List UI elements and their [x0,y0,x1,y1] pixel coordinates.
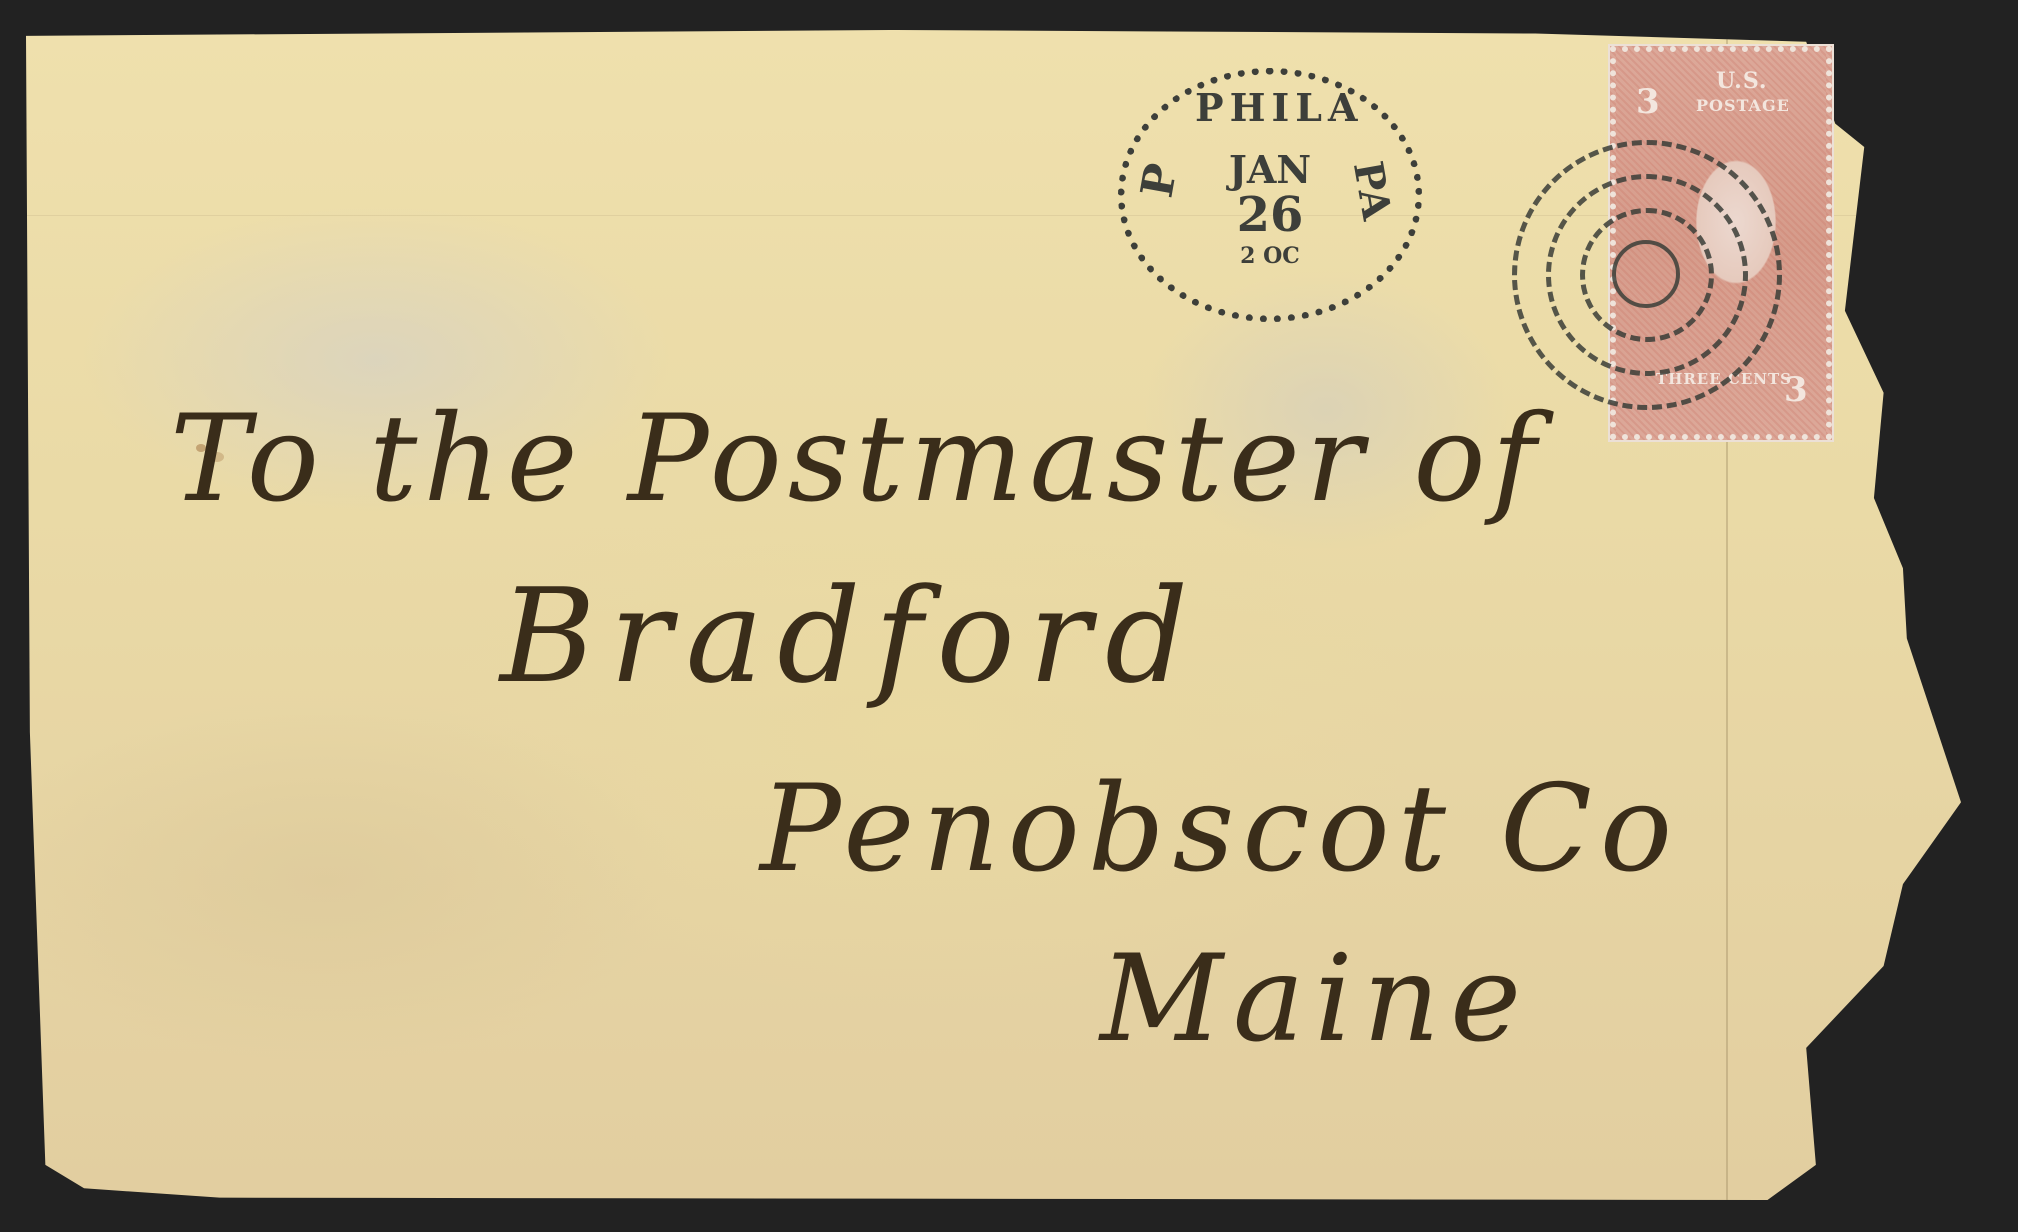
postmark-day: 26 [1220,187,1320,243]
stamp-label: POSTAGE [1696,96,1790,115]
address-line-4: Maine [1100,930,1531,1069]
postmark-month: JAN [1215,147,1325,192]
stamp-value-top: 3 [1636,82,1661,122]
stamp-country: U.S. [1716,68,1768,94]
postmark-state: PA [1344,158,1400,223]
address-line-1: To the Postmaster of [170,390,1542,529]
circular-postmark: PHILA P PA JAN 26 2 OC [1118,68,1422,322]
postmark-city: PHILA [1195,85,1345,130]
address-line-2: Bradford [500,560,1202,712]
stamp-value-bottom: 3 [1784,370,1809,410]
postmark-time: 2 OC [1215,243,1325,269]
address-line-3: Penobscot Co [760,760,1680,899]
postmark-left: P [1132,160,1188,201]
